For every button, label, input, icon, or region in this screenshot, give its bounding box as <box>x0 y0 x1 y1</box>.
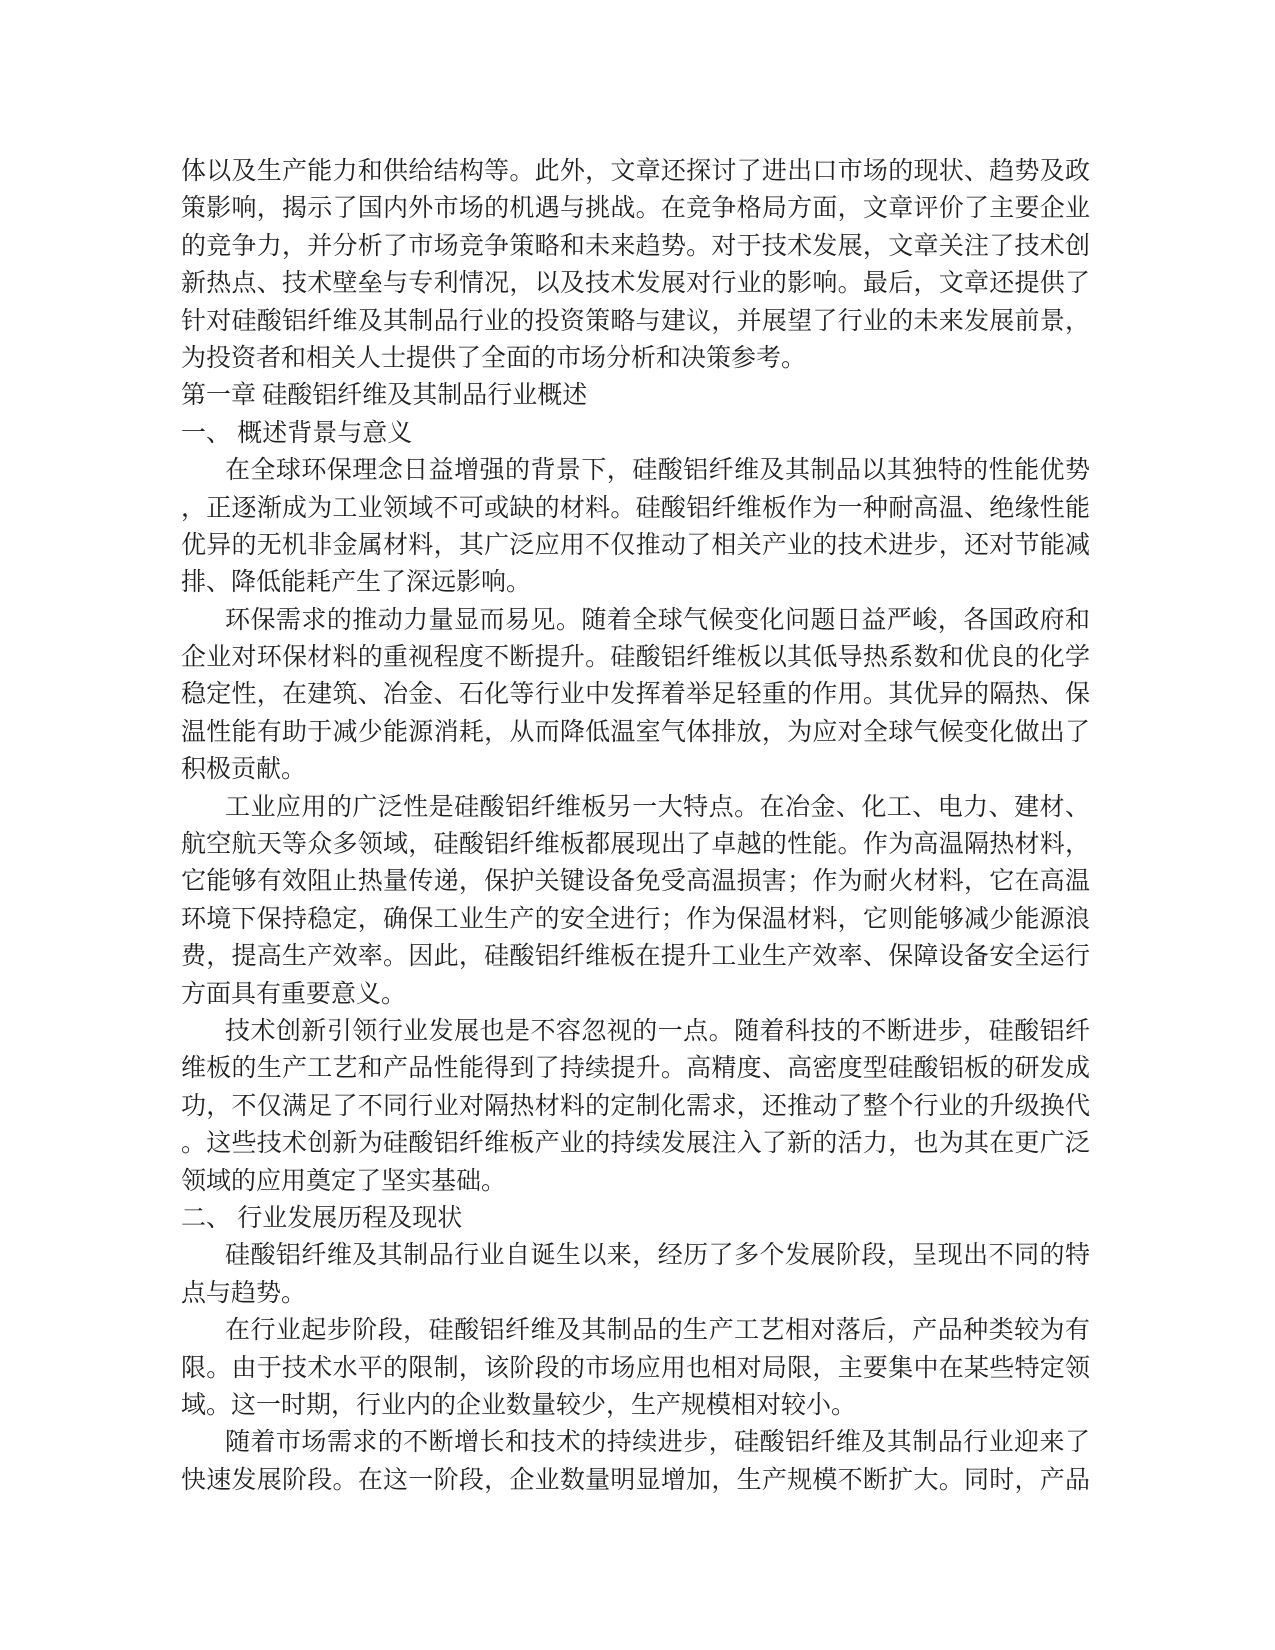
text-line: 点与趋势。 <box>181 1275 1090 1312</box>
text-line: 随着市场需求的不断增长和技术的持续进步，硅酸铝纤维及其制品行业迎来了 <box>181 1424 1090 1461</box>
text-line: 环境下保持稳定，确保工业生产的安全进行；作为保温材料，它则能够减少能源浪 <box>181 901 1090 938</box>
text-line: 优异的无机非金属材料，其广泛应用不仅推动了相关产业的技术进步，还对节能减 <box>181 527 1090 564</box>
text-line: 域。这一时期，行业内的企业数量较少，生产规模相对较小。 <box>181 1387 1090 1424</box>
text-line: 温性能有助于减少能源消耗，从而降低温室气体排放，为应对全球气候变化做出了 <box>181 714 1090 751</box>
text-line: 排、降低能耗产生了深远影响。 <box>181 564 1090 601</box>
chapter-heading: 第一章 硅酸铝纤维及其制品行业概述 <box>181 377 1090 414</box>
text-line: 限。由于技术水平的限制，该阶段的市场应用也相对局限，主要集中在某些特定领 <box>181 1350 1090 1387</box>
text-line: 功，不仅满足了不同行业对隔热材料的定制化需求，还推动了整个行业的升级换代 <box>181 1088 1090 1125</box>
text-line: 为投资者和相关人士提供了全面的市场分析和决策参考。 <box>181 340 1090 377</box>
text-line: 硅酸铝纤维及其制品行业自诞生以来，经历了多个发展阶段，呈现出不同的特 <box>181 1237 1090 1274</box>
document-page: 体以及生产能力和供给结构等。此外，文章还探讨了进出口市场的现状、趋势及政策影响，… <box>0 0 1275 1650</box>
text-line: 费，提高生产效率。因此，硅酸铝纤维板在提升工业生产效率、保障设备安全运行 <box>181 938 1090 975</box>
text-line: 针对硅酸铝纤维及其制品行业的投资策略与建议，并展望了行业的未来发展前景， <box>181 303 1090 340</box>
text-line: 稳定性，在建筑、冶金、石化等行业中发挥着举足轻重的作用。其优异的隔热、保 <box>181 676 1090 713</box>
page-text-block: 体以及生产能力和供给结构等。此外，文章还探讨了进出口市场的现状、趋势及政策影响，… <box>181 153 1090 1499</box>
text-line: 策影响，揭示了国内外市场的机遇与挑战。在竞争格局方面，文章评价了主要企业 <box>181 190 1090 227</box>
text-line: 企业对环保材料的重视程度不断提升。硅酸铝纤维板以其低导热系数和优良的化学 <box>181 639 1090 676</box>
text-line: 它能够有效阻止热量传递，保护关键设备免受高温损害；作为耐火材料，它在高温 <box>181 863 1090 900</box>
text-line: 航空航天等众多领域，硅酸铝纤维板都展现出了卓越的性能。作为高温隔热材料， <box>181 826 1090 863</box>
text-line: 在行业起步阶段，硅酸铝纤维及其制品的生产工艺相对落后，产品种类较为有 <box>181 1312 1090 1349</box>
text-line: 领域的应用奠定了坚实基础。 <box>181 1163 1090 1200</box>
text-line: 快速发展阶段。在这一阶段，企业数量明显增加，生产规模不断扩大。同时，产品 <box>181 1462 1090 1499</box>
section-heading: 二、 行业发展历程及现状 <box>181 1200 1090 1237</box>
text-line: 新热点、技术壁垒与专利情况，以及技术发展对行业的影响。最后，文章还提供了 <box>181 265 1090 302</box>
text-line: 工业应用的广泛性是硅酸铝纤维板另一大特点。在冶金、化工、电力、建材、 <box>181 789 1090 826</box>
text-line: 维板的生产工艺和产品性能得到了持续提升。高精度、高密度型硅酸铝板的研发成 <box>181 1050 1090 1087</box>
text-line: ，正逐渐成为工业领域不可或缺的材料。硅酸铝纤维板作为一种耐高温、绝缘性能 <box>181 490 1090 527</box>
text-line: 环保需求的推动力量显而易见。随着全球气候变化问题日益严峻，各国政府和 <box>181 602 1090 639</box>
text-line: 积极贡献。 <box>181 751 1090 788</box>
text-line: 方面具有重要意义。 <box>181 976 1090 1013</box>
text-line: 体以及生产能力和供给结构等。此外，文章还探讨了进出口市场的现状、趋势及政 <box>181 153 1090 190</box>
text-line: 的竞争力，并分析了市场竞争策略和未来趋势。对于技术发展，文章关注了技术创 <box>181 228 1090 265</box>
text-line: 。这些技术创新为硅酸铝纤维板产业的持续发展注入了新的活力，也为其在更广泛 <box>181 1125 1090 1162</box>
text-line: 在全球环保理念日益增强的背景下，硅酸铝纤维及其制品以其独特的性能优势 <box>181 452 1090 489</box>
section-heading: 一、 概述背景与意义 <box>181 415 1090 452</box>
text-line: 技术创新引领行业发展也是不容忽视的一点。随着科技的不断进步，硅酸铝纤 <box>181 1013 1090 1050</box>
